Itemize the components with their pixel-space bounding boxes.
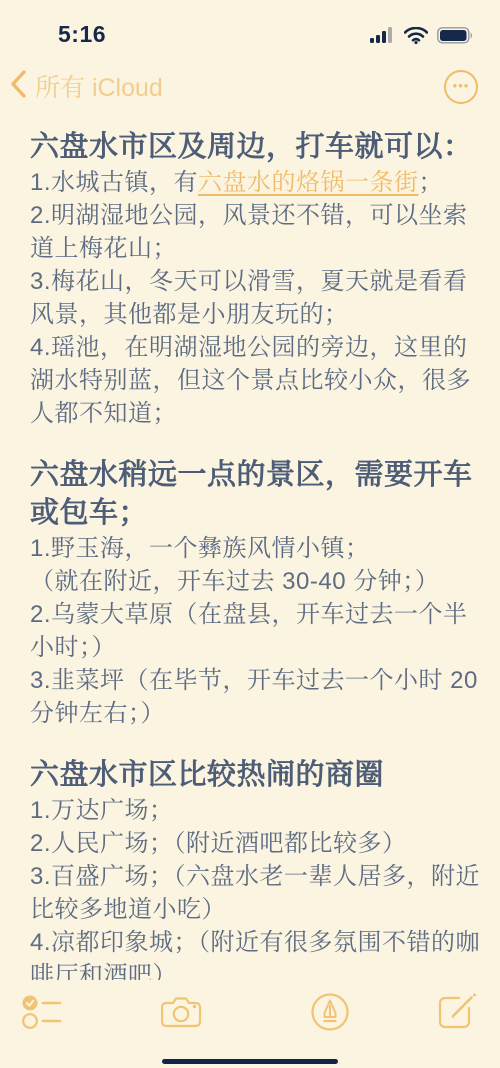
- markup-icon: [310, 992, 350, 1037]
- note-paragraph: 1.万达广场；: [30, 794, 480, 827]
- compose-icon: [437, 992, 479, 1037]
- bottom-toolbar: [0, 980, 500, 1068]
- battery-icon: [437, 27, 474, 49]
- note-paragraph: （就在附近，开车过去 30-40 分钟；）: [30, 565, 480, 598]
- cellular-signal-icon: [370, 27, 395, 49]
- back-button[interactable]: 所有 iCloud: [10, 68, 163, 104]
- status-icons: [370, 27, 474, 49]
- camera-icon: [161, 996, 203, 1033]
- ellipsis-icon: •••: [453, 79, 470, 96]
- inline-link[interactable]: 六盘水的烙锅一条街: [198, 169, 419, 196]
- paragraph-text: 1.水城古镇，有: [30, 169, 198, 196]
- note-paragraph: 1.水城古镇，有六盘水的烙锅一条街；: [30, 166, 480, 199]
- section-heading: 六盘水稍远一点的景区，需要开车或包车；: [30, 456, 480, 532]
- note-paragraph: 2.人民广场；（附近酒吧都比较多）: [30, 827, 480, 860]
- compose-button[interactable]: [436, 992, 480, 1036]
- checklist-icon: [21, 993, 63, 1036]
- note-section-farther: 六盘水稍远一点的景区，需要开车或包车； 1.野玉海，一个彝族风情小镇； （就在附…: [30, 456, 480, 730]
- status-bar: 5:16: [0, 0, 500, 56]
- note-section-nearby: 六盘水市区及周边，打车就可以： 1.水城古镇，有六盘水的烙锅一条街； 2.明湖湿…: [30, 128, 480, 430]
- section-heading: 六盘水市区及周边，打车就可以：: [30, 128, 480, 166]
- checklist-button[interactable]: [20, 992, 64, 1036]
- note-paragraph: 3.梅花山，冬天可以滑雪，夏天就是看看风景，其他都是小朋友玩的；: [30, 265, 480, 331]
- more-options-button[interactable]: •••: [444, 70, 478, 104]
- nav-bar: 所有 iCloud •••: [0, 62, 500, 110]
- paragraph-text: ；: [419, 169, 444, 196]
- markup-button[interactable]: [308, 992, 352, 1036]
- chevron-left-icon: [10, 70, 26, 103]
- note-paragraph: 3.韭菜坪（在毕节，开车过去一个小时 20 分钟左右；）: [30, 664, 480, 730]
- status-time: 5:16: [58, 21, 106, 48]
- section-heading: 六盘水市区比较热闹的商圈: [30, 756, 480, 794]
- note-content[interactable]: 六盘水市区及周边，打车就可以： 1.水城古镇，有六盘水的烙锅一条街； 2.明湖湿…: [0, 118, 500, 978]
- note-paragraph: 2.乌蒙大草原（在盘县，开车过去一个半小时；）: [30, 598, 480, 664]
- home-indicator[interactable]: [162, 1059, 338, 1064]
- note-paragraph: 3.百盛广场；（六盘水老一辈人居多，附近比较多地道小吃）: [30, 860, 480, 926]
- note-section-shopping: 六盘水市区比较热闹的商圈 1.万达广场； 2.人民广场；（附近酒吧都比较多） 3…: [30, 756, 480, 992]
- note-paragraph: 1.野玉海，一个彝族风情小镇；: [30, 532, 480, 565]
- note-paragraph: 2.明湖湿地公园，风景还不错，可以坐索道上梅花山；: [30, 199, 480, 265]
- back-button-label: 所有 iCloud: [35, 68, 163, 104]
- wifi-icon: [404, 27, 428, 49]
- camera-button[interactable]: [160, 992, 204, 1036]
- note-paragraph: 4.瑶池，在明湖湿地公园的旁边，这里的湖水特别蓝，但这个景点比较小众，很多人都不…: [30, 331, 480, 430]
